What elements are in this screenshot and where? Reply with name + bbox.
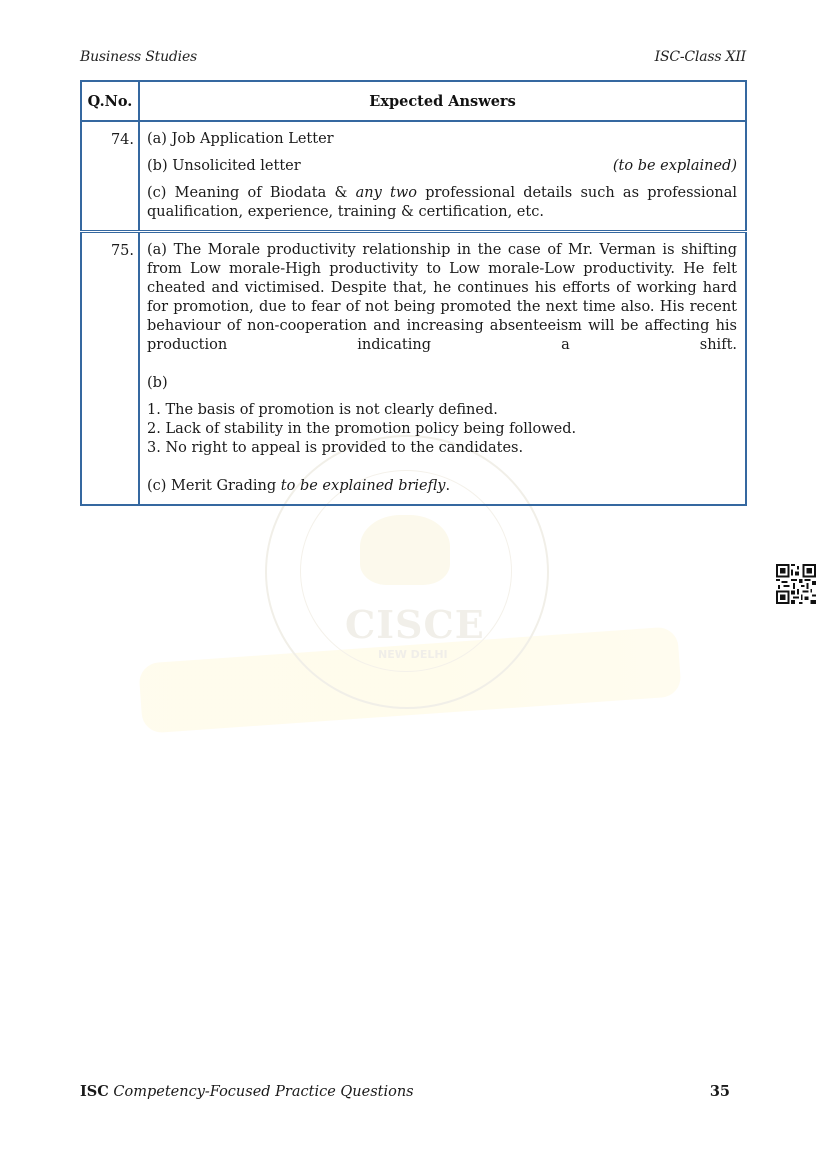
table-header-row: Q.No. Expected Answers <box>81 81 746 121</box>
page-number: 35 <box>710 1083 730 1100</box>
watermark-title: CISCE <box>345 602 485 647</box>
answer-part-c-prefix: (c) Merit Grading <box>147 478 281 494</box>
question-number: 74. <box>81 121 139 232</box>
column-header-answers: Expected Answers <box>139 81 746 121</box>
answer-part-c-emphasis: any two <box>356 185 417 201</box>
table-row: 75. (a) The Morale productivity relation… <box>81 232 746 506</box>
page-footer: ISC Competency-Focused Practice Question… <box>80 1083 730 1100</box>
answer-part-b-label: (b) <box>147 374 737 393</box>
answer-part-b-point: 1. The basis of promotion is not clearly… <box>147 401 737 420</box>
question-number: 75. <box>81 232 139 506</box>
answer-part-b-text: (b) Unsolicited letter <box>147 157 301 176</box>
answer-part-a: (a) Job Application Letter <box>147 130 737 149</box>
answer-part-b-point: 3. No right to appeal is provided to the… <box>147 439 737 458</box>
expected-answers-table: Q.No. Expected Answers 74. (a) Job Appli… <box>80 80 747 506</box>
class-title: ISC-Class XII <box>655 49 746 65</box>
answer-part-b-note: (to be explained) <box>613 157 737 176</box>
footer-title: ISC Competency-Focused Practice Question… <box>80 1083 414 1100</box>
answer-part-c-prefix: (c) Meaning of Biodata & <box>147 185 356 201</box>
elephant-emblem-icon <box>360 515 450 585</box>
answer-part-c: (c) Merit Grading to be explained briefl… <box>147 477 737 496</box>
answer-part-c: (c) Meaning of Biodata & any two profess… <box>147 184 737 222</box>
column-header-qno: Q.No. <box>81 81 139 121</box>
answer-cell: (a) Job Application Letter (b) Unsolicit… <box>139 121 746 232</box>
footer-series: Competency-Focused Practice Questions <box>113 1084 413 1100</box>
answer-part-c-suffix: . <box>446 478 451 494</box>
answer-cell: (a) The Morale productivity relationship… <box>139 232 746 506</box>
answer-part-b: (b) Unsolicited letter (to be explained) <box>147 157 737 176</box>
qr-code-icon[interactable] <box>776 564 816 604</box>
footer-brand: ISC <box>80 1083 109 1100</box>
answer-part-b-point: 2. Lack of stability in the promotion po… <box>147 420 737 439</box>
watermark-subtitle: NEW DELHI <box>378 648 448 661</box>
table-row: 74. (a) Job Application Letter (b) Unsol… <box>81 121 746 232</box>
subject-title: Business Studies <box>80 49 197 65</box>
watermark-banner <box>138 626 682 733</box>
answer-part-c-emphasis: to be explained briefly <box>281 478 446 494</box>
running-header: Business Studies ISC-Class XII <box>80 49 746 65</box>
answer-part-a: (a) The Morale productivity relationship… <box>147 241 737 355</box>
